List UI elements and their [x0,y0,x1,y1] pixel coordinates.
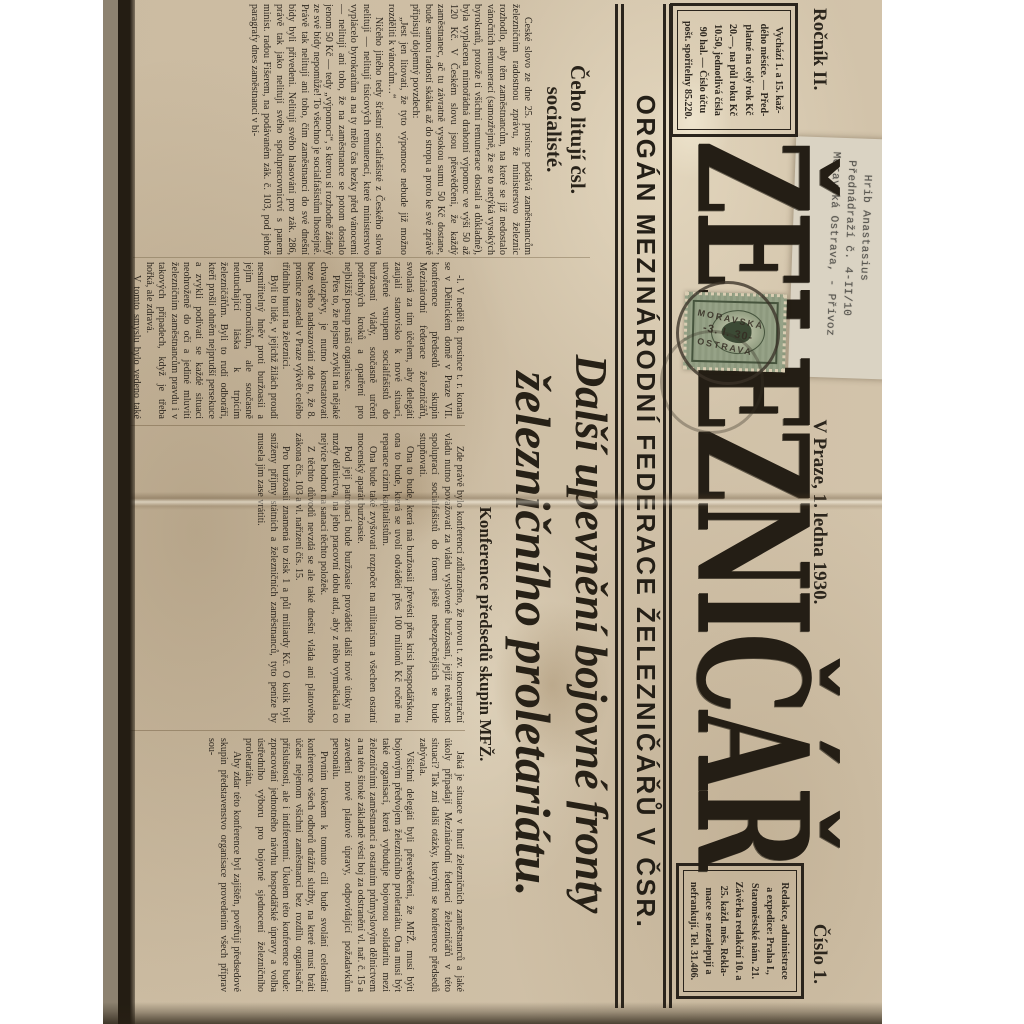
fold-crease [103,492,882,510]
article-main: Další upevnění bojovné fronty železniční… [129,262,618,1006]
main-subhead: Konference předsedů skupin MFŽ. [475,262,495,1006]
editorial-info-box: Redakce, administracea expedice: Praha I… [676,863,804,999]
article-left-body: České slovo ze dne 25. prosince podává z… [127,4,533,255]
column-divider [133,257,590,258]
main-column-1: -l. V neděli 8. prosince t. r. konala se… [129,262,465,425]
newspaper-subtitle: ORGÁN MEZINÁRODNÍ FEDERACE ŽELEZNIČÁŘŮ V… [630,0,661,1024]
article-left-heading: Čeho litují čsl. socialisté. [542,4,590,255]
main-article-columns: -l. V neděli 8. prosince t. r. konala se… [129,262,465,1006]
main-column-3: Jaká je situace v hnutí železničních zam… [129,730,465,992]
article-left-heading-line1: Čeho litují čsl. [566,4,590,255]
main-headline-line2: železničního proletariátu. [504,262,562,1006]
article-left-heading-line2: socialisté. [542,4,566,255]
main-headline-line1: Další upevnění bojovné fronty [564,262,618,1006]
newspaper-photo: Hrib AnastasiusPřednádraží č. 4-II/10Mor… [103,0,882,1024]
page-edge-shadow [118,0,135,1024]
main-column-2: Zde právě bylo konferencí zdůrazněno, že… [129,425,465,730]
volume-label: Ročník II. [808,8,830,90]
newspaper-page: Hrib AnastasiusPřednádraží č. 4-II/10Mor… [103,0,882,1024]
publisher-info-box: Vychází 1. a 15. kaž-dého měsíce. — Před… [670,3,798,137]
issue-label: Číslo 1. [808,924,830,984]
article-left: Čeho litují čsl. socialisté. České slovo… [127,4,590,255]
page-right-shadow [103,1002,882,1024]
page-curled-edge [103,0,118,1024]
